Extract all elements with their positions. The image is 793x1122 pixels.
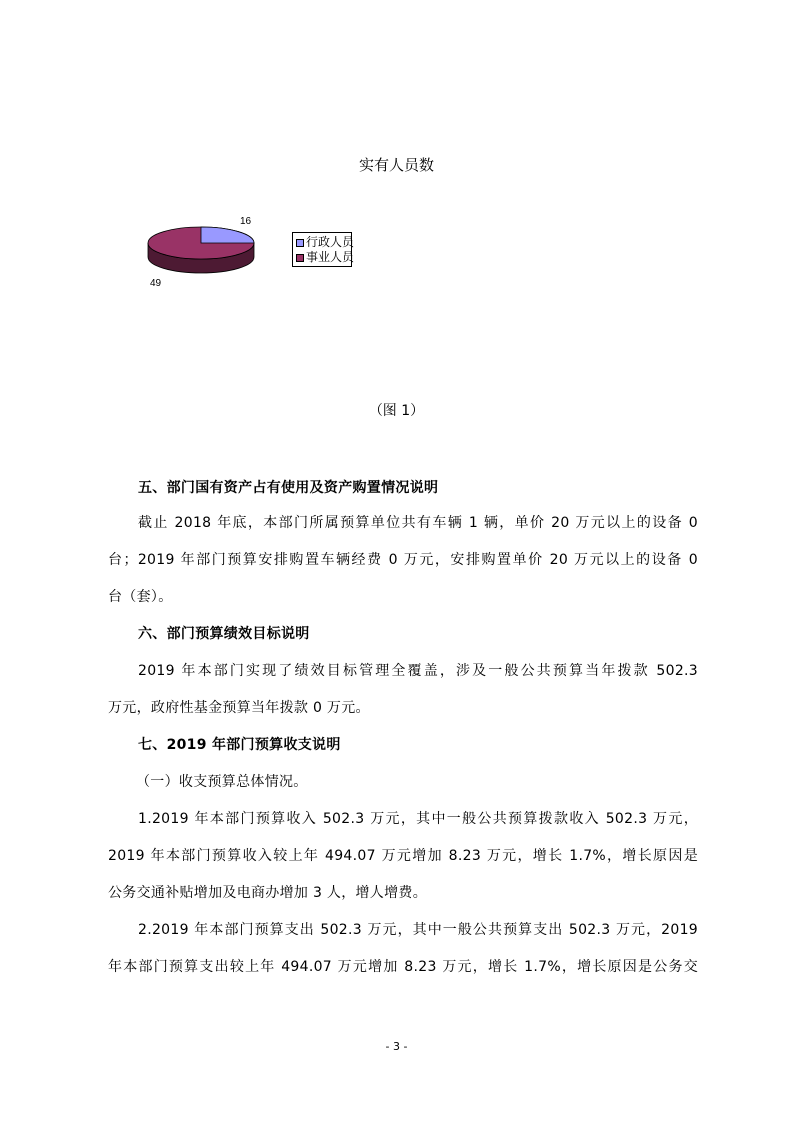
paragraph-line: 公务交通补贴增加及电商办增加 3 人，增人增费。: [108, 883, 698, 903]
legend-item-admin: 行政人员: [296, 235, 351, 250]
pie-chart: 16 49: [140, 212, 280, 292]
legend-swatch-icon: [296, 239, 304, 247]
section-heading-5: 五、部门国有资产占有使用及资产购置情况说明: [138, 478, 728, 498]
pie-slice-admin: [201, 227, 254, 243]
paragraph-line: 万元，政府性基金预算当年拨款 0 万元。: [108, 698, 698, 718]
paragraph-line: 台；2019 年部门预算安排购置车辆经费 0 万元，安排购置单价 20 万元以上…: [108, 550, 698, 570]
figure-caption: （图 1）: [0, 400, 793, 420]
paragraph-line: 截止 2018 年底，本部门所属预算单位共有车辆 1 辆，单价 20 万元以上的…: [108, 513, 698, 533]
chart-title: 实有人员数: [0, 154, 793, 175]
data-label-institution: 49: [150, 278, 162, 289]
section-heading-7: 七、2019 年部门预算收支说明: [138, 735, 728, 755]
page-number: - 3 -: [0, 1040, 793, 1053]
paragraph-line: 2019 年本部门预算收入较上年 494.07 万元增加 8.23 万元，增长 …: [108, 846, 698, 866]
subsection-heading: （一）收支预算总体情况。: [136, 772, 726, 792]
section-heading-6: 六、部门预算绩效目标说明: [138, 624, 728, 644]
paragraph-line: 台（套）。: [108, 587, 698, 607]
legend-item-institution: 事业人员: [296, 250, 351, 265]
legend-label: 行政人员: [306, 235, 354, 250]
paragraph-line: 2019 年本部门实现了绩效目标管理全覆盖，涉及一般公共预算当年拨款 502.3: [108, 661, 698, 681]
legend-label: 事业人员: [306, 250, 354, 265]
chart-legend: 行政人员 事业人员: [292, 232, 352, 267]
data-label-admin: 16: [240, 216, 252, 227]
legend-swatch-icon: [296, 254, 304, 262]
paragraph-line: 1.2019 年本部门预算收入 502.3 万元，其中一般公共预算拨款收入 50…: [108, 809, 698, 829]
paragraph-line: 2.2019 年本部门预算支出 502.3 万元，其中一般公共预算支出 502.…: [108, 920, 698, 940]
paragraph-line: 年本部门预算支出较上年 494.07 万元增加 8.23 万元，增长 1.7%，…: [108, 957, 698, 977]
